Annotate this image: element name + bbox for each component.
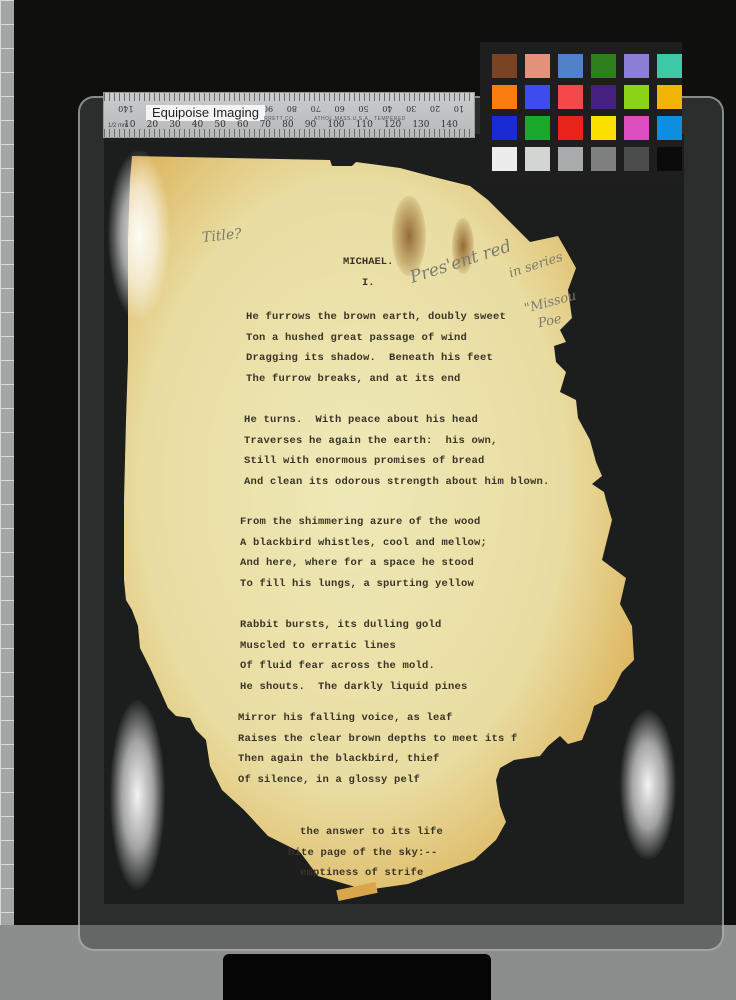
color-patch [492,147,517,171]
color-patch [591,116,616,140]
poem-line: hite page of the sky:-- [288,847,438,859]
color-patch [591,147,616,171]
color-patch [591,54,616,78]
poem-line: He turns. With peace about his head [244,414,478,426]
poem-line: A blackbird whistles, cool and mellow; [240,537,487,549]
ruler-number: 70 [311,104,321,113]
color-patch [558,147,583,171]
color-patch [657,54,682,78]
color-patch [492,116,517,140]
poem-line: Dragging its shadow. Beneath his feet [246,352,493,364]
poem-line: Mirror his falling voice, as leaf [238,712,453,724]
ruler-number: 30 [406,104,416,113]
color-patch [657,147,682,171]
poem-line: To fill his lungs, a spurting yellow [240,578,474,590]
color-patch [624,116,649,140]
poem-line: Traverses he again the earth: his own, [244,435,498,447]
color-patch [624,54,649,78]
color-patch [525,85,550,109]
color-patch [558,54,583,78]
color-patch [525,147,550,171]
color-patch [657,85,682,109]
color-patch [591,85,616,109]
poem-line: From the shimmering azure of the wood [240,516,481,528]
color-patch [492,85,517,109]
poem-line: Ton a hushed great passage of wind [246,332,467,344]
scale-ruler: 102030405060708090100110120130140 Equipo… [103,92,475,138]
ruler-number: 80 [287,104,297,113]
ruler-ticks [104,129,474,137]
poem-line: the answer to its life [300,826,443,838]
poem-line: And here, where for a space he stood [240,557,474,569]
ruler-number: 50 [358,104,368,113]
color-patch [525,116,550,140]
color-patch [624,85,649,109]
poem-line: emptiness of strife [300,867,424,879]
color-patch [525,54,550,78]
poem-line: Then again the blackbird, thief [238,753,440,765]
poem-line: He furrows the brown earth, doubly sweet [246,311,506,323]
color-patch [558,116,583,140]
color-patch [492,54,517,78]
poem-line: The furrow breaks, and at its end [246,373,461,385]
light-glare [108,150,170,320]
poem-section-number: I. [362,277,375,289]
ruler-ticks [104,93,474,101]
color-patch [624,147,649,171]
poem-line: Of fluid fear across the mold. [240,660,435,672]
color-checker-chart [480,42,682,182]
light-glare [620,710,676,860]
ruler-number: 40 [382,104,392,113]
poem-line: He shouts. The darkly liquid pines [240,681,468,693]
poem-line: Rabbit bursts, its dulling gold [240,619,442,631]
light-glare [110,700,165,890]
ruler-number: 140 [118,104,133,113]
ruler-number: 60 [335,104,345,113]
poem-line: Of silence, in a glossy pelf [238,774,420,786]
poem-line: Still with enormous promises of bread [244,455,485,467]
poem-title: MICHAEL. [343,256,393,268]
poem-line: And clean its odorous strength about him… [244,476,550,488]
color-patch [558,85,583,109]
poem-line: Muscled to erratic lines [240,640,396,652]
color-patch [657,116,682,140]
ruler-brand-label: Equipoise Imaging [146,105,265,121]
poem-line: Raises the clear brown depths to meet it… [238,733,518,745]
ruler-number: 20 [430,104,440,113]
copy-stand-base [223,954,491,1000]
ruler-number: 10 [454,104,464,113]
